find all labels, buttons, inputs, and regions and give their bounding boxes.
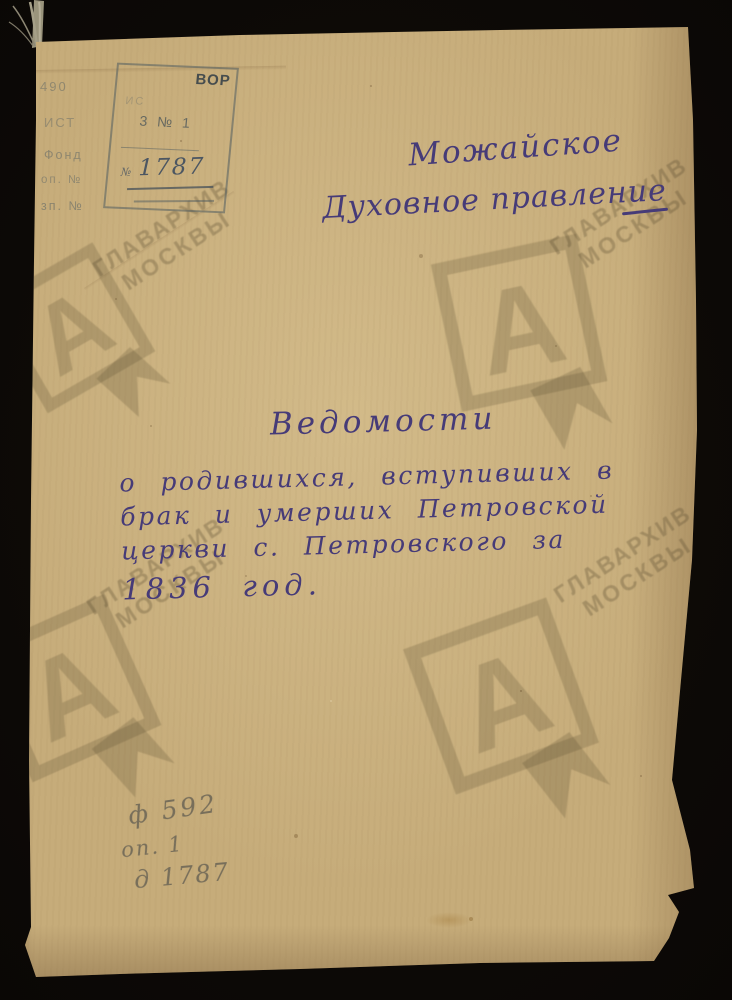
stamp-rule	[121, 147, 199, 151]
glavarhiv-watermark-text: ГЛАВАРХИВ МОСКВЫ	[545, 152, 707, 283]
stamp-column-row: ИСТ	[44, 115, 76, 130]
stamp-underline	[127, 186, 213, 190]
stamp-column-row: Фонд	[44, 148, 83, 162]
paper-cover: А ГЛАВАРХИВ МОСКВЫ А ГЛАВАРХИВ МОСКВЫ А …	[0, 0, 732, 1000]
header-authority-line1: Можайское	[407, 123, 624, 174]
stamp-delo-number: 1787	[138, 154, 205, 182]
archival-document-scan: А ГЛАВАРХИВ МОСКВЫ А ГЛАВАРХИВ МОСКВЫ А …	[0, 0, 732, 1000]
stamp-column-row: оп. №	[41, 174, 82, 186]
archive-stamp: 490 ИСТ Фонд оп. № зп. № ВОР ИС 3 № 1 №1…	[28, 55, 263, 220]
stamp-faint-text: ИС	[125, 95, 146, 108]
stamp-frame: ВОР ИС 3 № 1 №1787	[103, 63, 239, 214]
stamp-rule	[134, 200, 214, 203]
glavarhiv-logo-icon: А	[396, 589, 626, 858]
stamp-number-row: 3 № 1	[139, 113, 194, 131]
pencil-opis-mark: оп. 1	[120, 832, 185, 862]
stamp-handwritten-number: №1787	[121, 154, 206, 182]
stamp-column-row: 490	[40, 79, 68, 94]
pencil-delo-mark: д 1787	[133, 858, 231, 894]
paper-speckles	[0, 0, 2, 2]
document-title: Ведомости о родившихся, вступивших в бра…	[118, 398, 618, 607]
stamp-header-text: ВОР	[195, 71, 232, 89]
numero-sign: №	[121, 166, 132, 179]
paper-stain	[426, 912, 472, 928]
stamp-column-row: зп. №	[41, 199, 84, 213]
title-line: Ведомости	[269, 398, 613, 443]
